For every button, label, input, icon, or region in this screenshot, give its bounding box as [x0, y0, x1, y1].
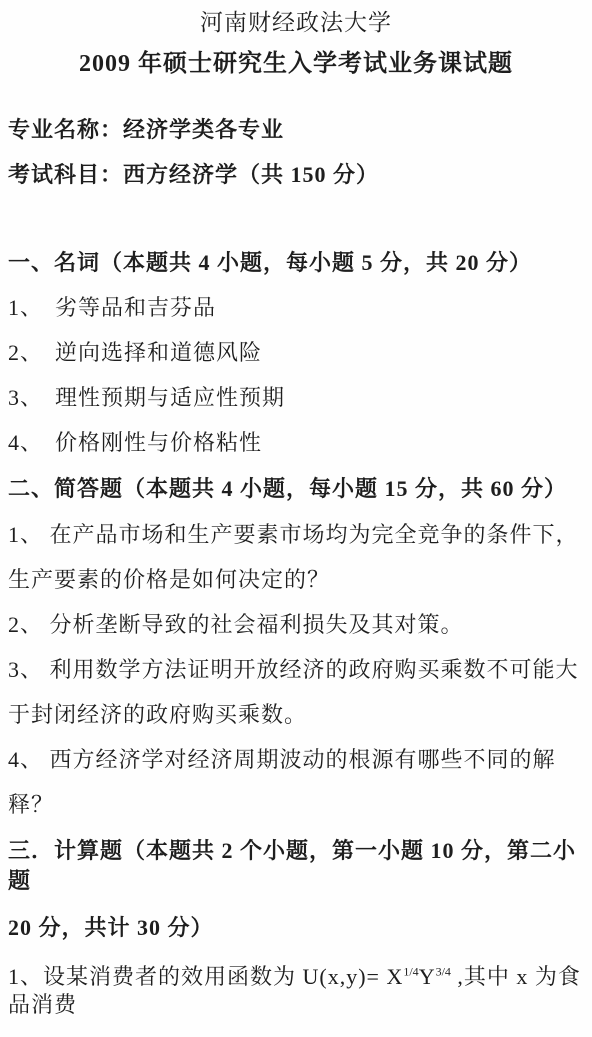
major-line: 专业名称：经济学类各专业 [8, 115, 584, 145]
section-three-heading-line-1: 三．计算题（本题共 2 个小题，第一小题 10 分，第二小题 [8, 836, 584, 896]
term-item-1: 1、 劣等品和吉芬品 [8, 294, 584, 322]
short-answer-q1-line-2: 生产要素的价格是如何决定的？ [8, 566, 584, 594]
term-item-4: 4、 价格刚性与价格粘性 [8, 429, 584, 457]
exponent-y: 3/4 [436, 965, 451, 979]
section-two-heading: 二、简答题（本题共 4 小题，每小题 15 分，共 60 分） [8, 474, 584, 504]
exam-title: 2009 年硕士研究生入学考试业务课试题 [8, 48, 584, 80]
subject-line: 考试科目：西方经济学（共 150 分） [8, 160, 584, 190]
calc-question-1-mid: Y [419, 964, 436, 989]
section-three-heading-line-2: 20 分，共计 30 分） [8, 913, 584, 943]
short-answer-q2: 2、 分析垄断导致的社会福利损失及其对策。 [8, 611, 584, 639]
term-item-3: 3、 理性预期与适应性预期 [8, 384, 584, 412]
term-item-2: 2、 逆向选择和道德风险 [8, 339, 584, 367]
short-answer-q1-line-1: 1、 在产品市场和生产要素市场均为完全竞争的条件下， [8, 521, 584, 549]
calc-question-1-prefix: 1、设某消费者的效用函数为 U(x,y)= X [8, 964, 403, 989]
calc-question-1: 1、设某消费者的效用函数为 U(x,y)= X1/4Y3/4 ,其中 x 为食品… [8, 963, 584, 1019]
short-answer-q3-line-1: 3、 利用数学方法证明开放经济的政府购买乘数不可能大 [8, 656, 584, 684]
university-title: 河南财经政法大学 [8, 8, 584, 38]
short-answer-q4-line-2: 释？ [8, 791, 584, 819]
exam-paper: 河南财经政法大学 2009 年硕士研究生入学考试业务课试题 专业名称：经济学类各… [0, 0, 592, 1037]
short-answer-q4-line-1: 4、 西方经济学对经济周期波动的根源有哪些不同的解 [8, 746, 584, 774]
exponent-x: 1/4 [403, 965, 418, 979]
section-one-heading: 一、名词（本题共 4 小题，每小题 5 分，共 20 分） [8, 248, 584, 278]
short-answer-q3-line-2: 于封闭经济的政府购买乘数。 [8, 701, 584, 729]
